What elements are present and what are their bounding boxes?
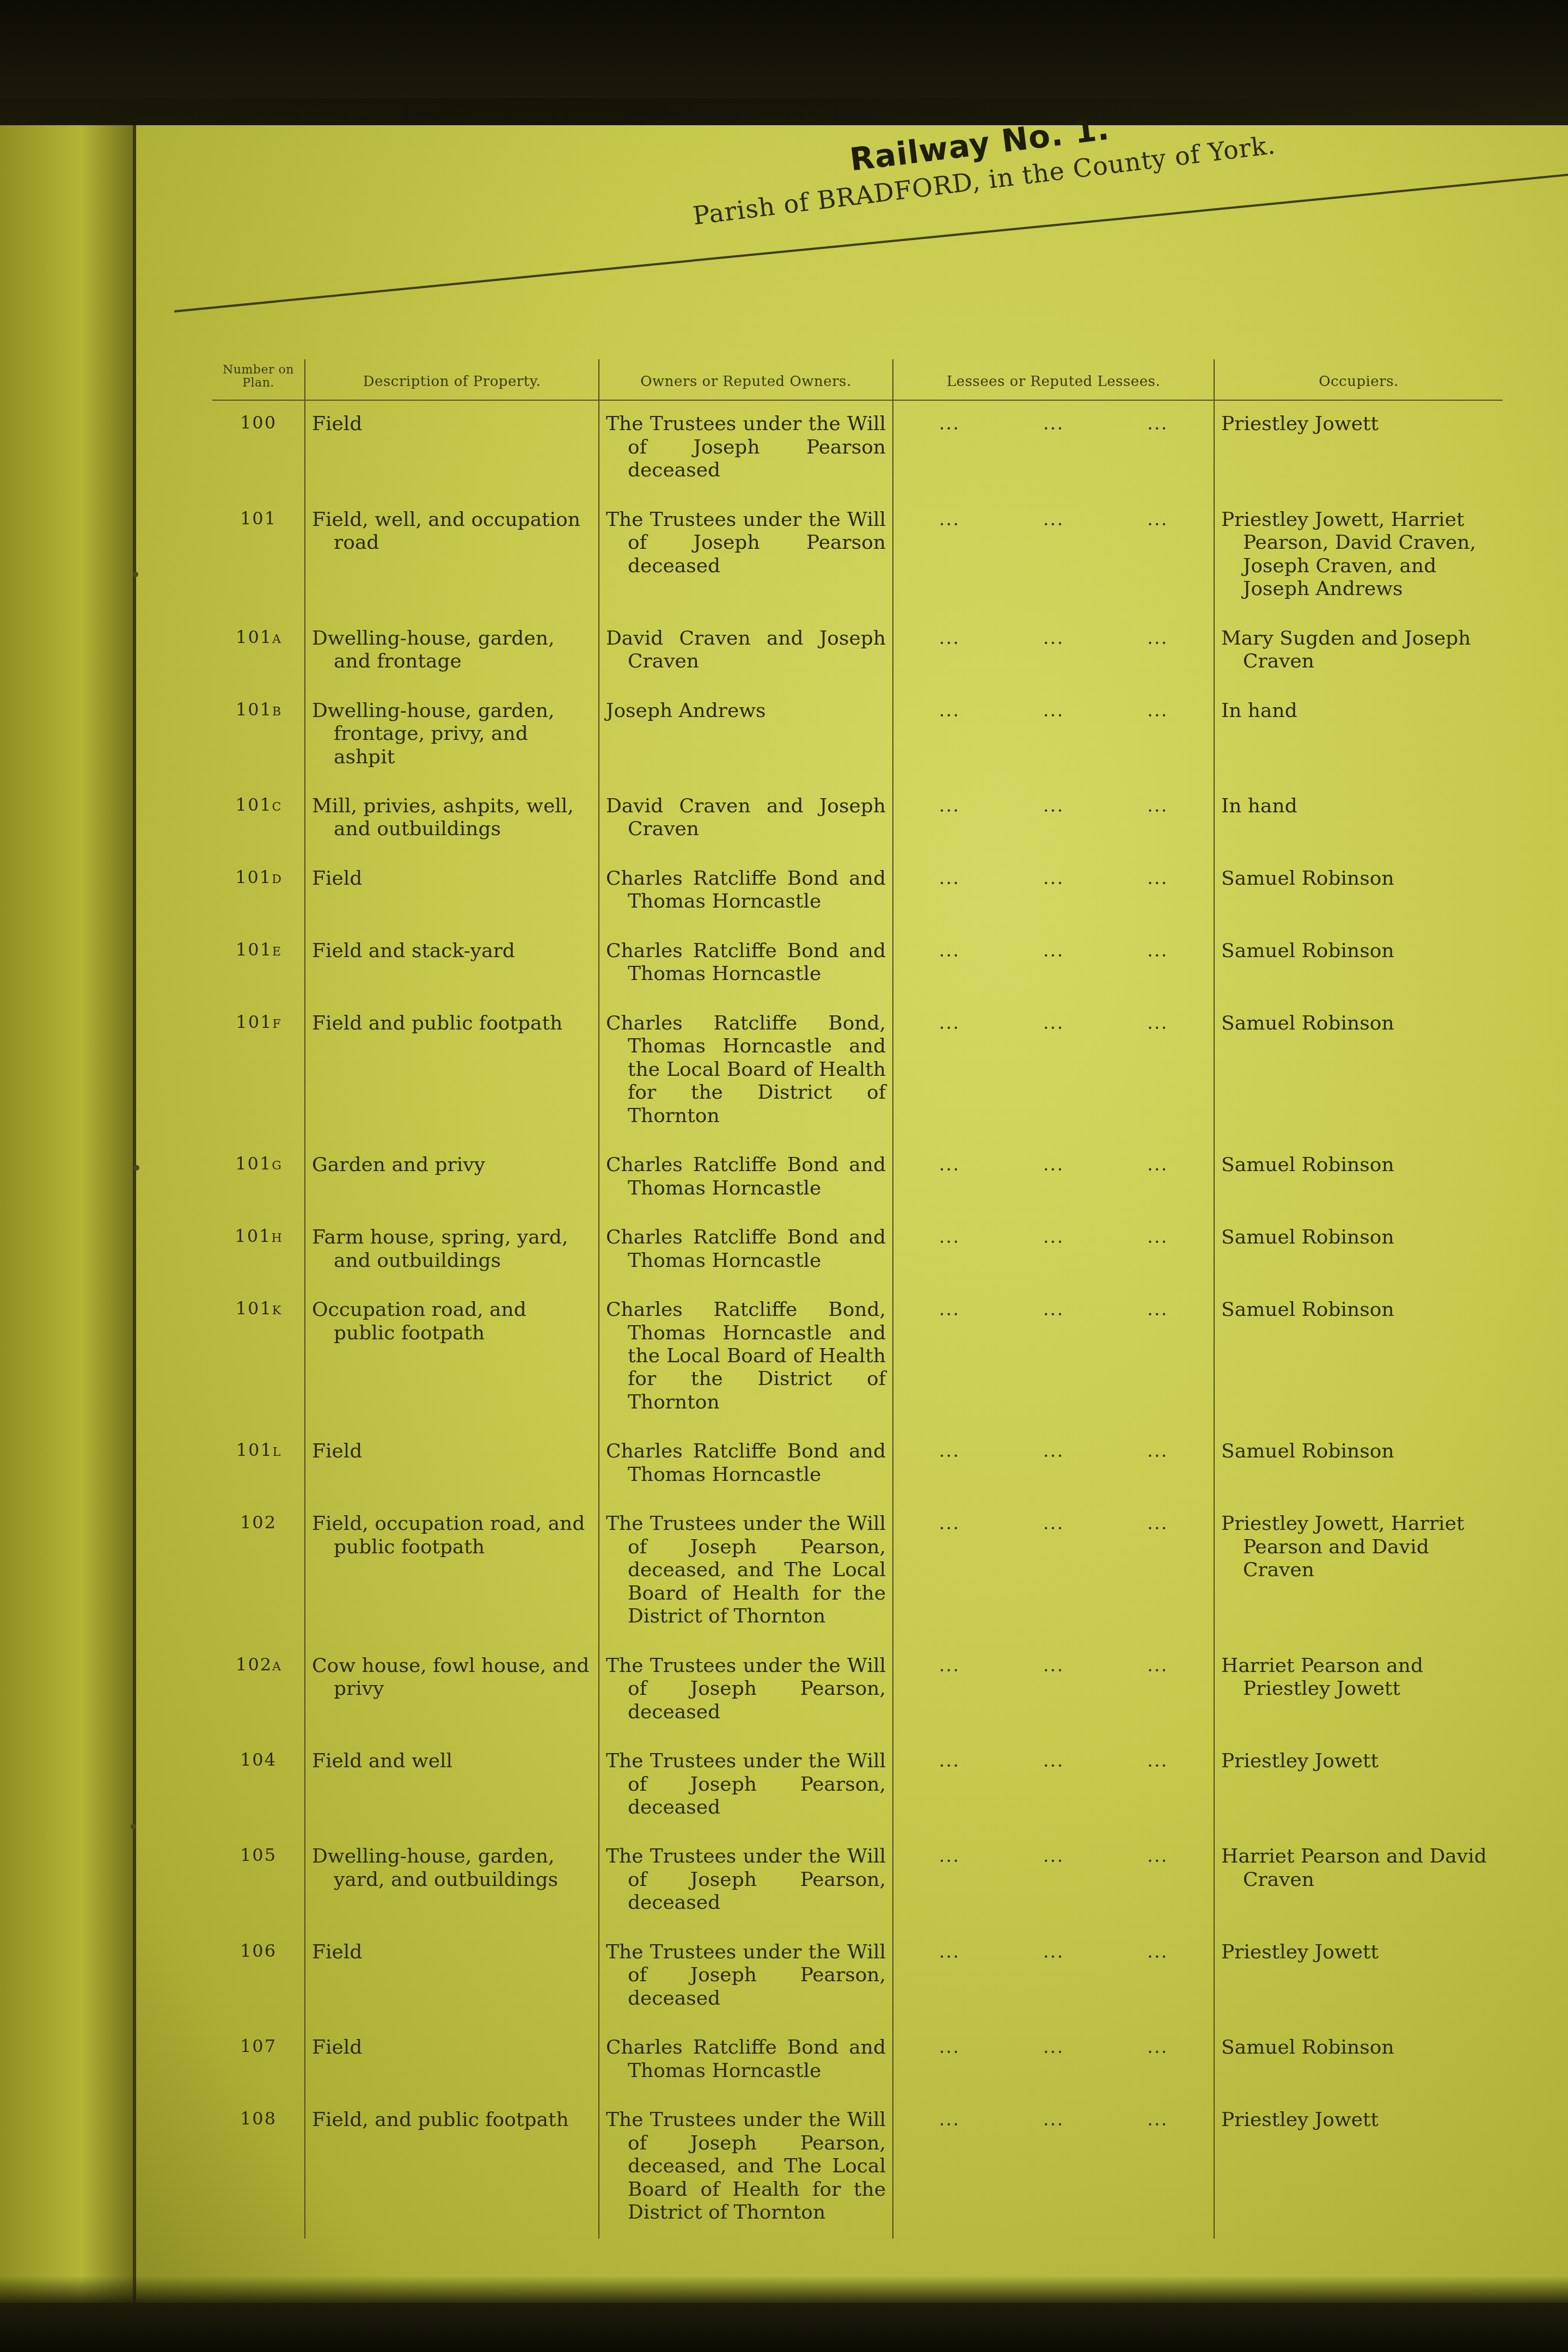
owners-cell: Charles Ratcliffe Bond and Thomas Hornca… [599, 928, 893, 1000]
book-binding-bottom [0, 2276, 1568, 2352]
occupiers-cell: Harriet Pearson and David Craven [1214, 1833, 1503, 1928]
lessees-cell: ... ... ... [893, 1142, 1214, 1214]
lessees-cell: ... ... ... [893, 2097, 1214, 2238]
plan-number-cell: 105 [212, 1833, 305, 1928]
plan-number: 101 [240, 508, 277, 529]
header-lessees: Lessees or Reputed Lessees. [893, 359, 1214, 400]
plan-number: 101 [235, 1153, 272, 1174]
occupiers-cell: Samuel Robinson [1214, 855, 1503, 928]
plan-number: 101 [235, 1226, 271, 1246]
occupiers-cell: Samuel Robinson [1214, 1000, 1503, 1142]
owners-cell: The Trustees under the Will of Joseph Pe… [599, 1500, 893, 1642]
owners-cell: Charles Ratcliffe Bond and Thomas Hornca… [599, 1142, 893, 1214]
plan-number-cell: 108 [212, 2097, 305, 2238]
owners-cell: The Trustees under the Will of Joseph Pe… [599, 1643, 893, 1738]
lessees-cell: ... ... ... [893, 928, 1214, 1000]
table-body: 100FieldThe Trustees under the Will of J… [212, 400, 1503, 2238]
table-row: 101LFieldCharles Ratcliffe Bond and Thom… [212, 1428, 1503, 1500]
plan-number-suffix: B [272, 705, 281, 719]
plan-number: 108 [240, 2108, 277, 2129]
plan-number-suffix: C [272, 800, 281, 814]
occupiers-cell: Priestley Jowett [1214, 1738, 1503, 1833]
description-cell: Field, and public footpath [305, 2097, 599, 2238]
plan-number-suffix: H [271, 1232, 281, 1245]
description-cell: Garden and privy [305, 1142, 599, 1214]
occupiers-cell: Mary Sugden and Joseph Craven [1214, 615, 1503, 688]
occupiers-cell: Samuel Robinson [1214, 928, 1503, 1000]
table-row: 106FieldThe Trustees under the Will of J… [212, 1929, 1503, 2024]
table-row: 101ADwelling-house, garden, and frontage… [212, 615, 1503, 688]
table-header-row: Number on Plan. Description of Property.… [212, 359, 1503, 400]
description-cell: Field [305, 1929, 599, 2024]
owners-cell: The Trustees under the Will of Joseph Pe… [599, 1929, 893, 2024]
lessees-cell: ... ... ... [893, 1287, 1214, 1428]
margin-mark [131, 1824, 136, 1829]
description-cell: Dwelling-house, garden, and frontage [305, 615, 599, 688]
table-row: 101HFarm house, spring, yard, and outbui… [212, 1214, 1503, 1287]
plan-number-cell: 102A [212, 1643, 305, 1738]
header-description: Description of Property. [305, 359, 599, 400]
description-cell: Field [305, 400, 599, 496]
description-cell: Cow house, fowl house, and privy [305, 1643, 599, 1738]
owners-cell: Charles Ratcliffe Bond, Thomas Horncastl… [599, 1000, 893, 1142]
plan-number: 101 [236, 939, 272, 960]
table-row: 107FieldCharles Ratcliffe Bond and Thoma… [212, 2024, 1503, 2097]
lessees-cell: ... ... ... [893, 1929, 1214, 2024]
owners-cell: Charles Ratcliffe Bond and Thomas Hornca… [599, 1428, 893, 1500]
plan-number-suffix: D [272, 873, 281, 886]
lessees-cell: ... ... ... [893, 688, 1214, 783]
occupiers-cell: In hand [1214, 783, 1503, 855]
plan-number-cell: 104 [212, 1738, 305, 1833]
owners-cell: Charles Ratcliffe Bond, Thomas Horncastl… [599, 1287, 893, 1428]
description-cell: Farm house, spring, yard, and outbuildin… [305, 1214, 599, 1287]
plan-number-cell: 101A [212, 615, 305, 688]
plan-number-cell: 101C [212, 783, 305, 855]
plan-number-cell: 101H [212, 1214, 305, 1287]
owners-cell: David Craven and Joseph Craven [599, 783, 893, 855]
plan-number-cell: 101 [212, 497, 305, 615]
plan-number-cell: 101B [212, 688, 305, 783]
table-row: 101DFieldCharles Ratcliffe Bond and Thom… [212, 855, 1503, 928]
lessees-cell: ... ... ... [893, 1500, 1214, 1642]
table-row: 105Dwelling-house, garden, yard, and out… [212, 1833, 1503, 1928]
plan-number: 101 [236, 794, 272, 815]
plan-number: 101 [236, 1440, 273, 1460]
header-number-on-plan: Number on Plan. [212, 359, 305, 400]
plan-number: 101 [236, 1298, 272, 1319]
plan-number: 107 [240, 2036, 277, 2056]
occupiers-cell: Priestley Jowett [1214, 1929, 1503, 2024]
lessees-cell: ... ... ... [893, 1833, 1214, 1928]
description-cell: Field and public footpath [305, 1000, 599, 1142]
description-cell: Field, well, and occupation road [305, 497, 599, 615]
plan-number-cell: 102 [212, 1500, 305, 1642]
plan-number: 101 [236, 627, 272, 647]
occupiers-cell: Samuel Robinson [1214, 2024, 1503, 2097]
occupiers-cell: In hand [1214, 688, 1503, 783]
lessees-cell: ... ... ... [893, 1214, 1214, 1287]
plan-number-cell: 101D [212, 855, 305, 928]
lessees-cell: ... ... ... [893, 497, 1214, 615]
plan-number-suffix: L [273, 1445, 281, 1459]
lessees-cell: ... ... ... [893, 1643, 1214, 1738]
plan-number-suffix: E [272, 945, 281, 959]
owners-cell: David Craven and Joseph Craven [599, 615, 893, 688]
description-cell: Field [305, 2024, 599, 2097]
plan-number-suffix: G [272, 1159, 281, 1173]
occupiers-cell: Priestley Jowett, Harriet Pearson, David… [1214, 497, 1503, 615]
description-cell: Mill, privies, ashpits, well, and outbui… [305, 783, 599, 855]
lessees-cell: ... ... ... [893, 855, 1214, 928]
description-cell: Dwelling-house, garden, frontage, privy,… [305, 688, 599, 783]
plan-number: 102 [240, 1512, 277, 1533]
plan-number-suffix: F [272, 1018, 280, 1031]
document-page: Railway No. 1. Parish of BRADFORD, in th… [136, 125, 1568, 2303]
plan-number: 101 [236, 699, 272, 720]
plan-number-cell: 101K [212, 1287, 305, 1428]
table-row: 100FieldThe Trustees under the Will of J… [212, 400, 1503, 496]
description-cell: Dwelling-house, garden, yard, and outbui… [305, 1833, 599, 1928]
margin-mark [133, 572, 138, 577]
plan-number: 102 [236, 1654, 272, 1675]
table-row: 101FField and public footpathCharles Rat… [212, 1000, 1503, 1142]
facing-page-edge [0, 125, 136, 2303]
plan-number-cell: 100 [212, 400, 305, 496]
lessees-cell: ... ... ... [893, 1428, 1214, 1500]
table-row: 108Field, and public footpathThe Trustee… [212, 2097, 1503, 2238]
description-cell: Field [305, 1428, 599, 1500]
table-row: 104Field and wellThe Trustees under the … [212, 1738, 1503, 1833]
occupiers-cell: Priestley Jowett, Harriet Pearson and Da… [1214, 1500, 1503, 1642]
plan-number: 101 [235, 867, 272, 887]
margin-mark [134, 1165, 139, 1171]
occupiers-cell: Samuel Robinson [1214, 1142, 1503, 1214]
lessees-cell: ... ... ... [893, 1738, 1214, 1833]
plan-number-cell: 101G [212, 1142, 305, 1214]
occupiers-cell: Samuel Robinson [1214, 1428, 1503, 1500]
description-cell: Field and well [305, 1738, 599, 1833]
header-owners: Owners or Reputed Owners. [599, 359, 893, 400]
table-row: 102ACow house, fowl house, and privyThe … [212, 1643, 1503, 1738]
description-cell: Field, occupation road, and public footp… [305, 1500, 599, 1642]
owners-cell: Charles Ratcliffe Bond and Thomas Hornca… [599, 2024, 893, 2097]
lessees-cell: ... ... ... [893, 400, 1214, 496]
plan-number-cell: 101L [212, 1428, 305, 1500]
owners-cell: The Trustees under the Will of Joseph Pe… [599, 497, 893, 615]
lessees-cell: ... ... ... [893, 783, 1214, 855]
plan-number: 106 [240, 1940, 277, 1961]
occupiers-cell: Samuel Robinson [1214, 1287, 1503, 1428]
table-row: 101Field, well, and occupation roadThe T… [212, 497, 1503, 615]
description-cell: Field [305, 855, 599, 928]
occupiers-cell: Samuel Robinson [1214, 1214, 1503, 1287]
owners-cell: Joseph Andrews [599, 688, 893, 783]
plan-number-suffix: K [272, 1304, 281, 1318]
plan-number-suffix: A [272, 1660, 281, 1674]
plan-number-suffix: A [272, 633, 281, 646]
schedule-document: Railway No. 1. Parish of BRADFORD, in th… [136, 125, 1568, 2303]
table-row: 101CMill, privies, ashpits, well, and ou… [212, 783, 1503, 855]
table-row: 102Field, occupation road, and public fo… [212, 1500, 1503, 1642]
plan-number-cell: 107 [212, 2024, 305, 2097]
owners-cell: The Trustees under the Will of Joseph Pe… [599, 2097, 893, 2238]
plan-number: 105 [240, 1845, 277, 1865]
owners-cell: Charles Ratcliffe Bond and Thomas Hornca… [599, 855, 893, 928]
table-row: 101BDwelling-house, garden, frontage, pr… [212, 688, 1503, 783]
book-of-reference-table: Number on Plan. Description of Property.… [212, 359, 1503, 2239]
occupiers-cell: Harriet Pearson and Priestley Jowett [1214, 1643, 1503, 1738]
occupiers-cell: Priestley Jowett [1214, 400, 1503, 496]
plan-number-cell: 106 [212, 1929, 305, 2024]
lessees-cell: ... ... ... [893, 2024, 1214, 2097]
table-row: 101EField and stack-yardCharles Ratcliff… [212, 928, 1503, 1000]
occupiers-cell: Priestley Jowett [1214, 2097, 1503, 2238]
lessees-cell: ... ... ... [893, 1000, 1214, 1142]
owners-cell: The Trustees under the Will of Joseph Pe… [599, 1833, 893, 1928]
plan-number: 100 [240, 412, 277, 433]
owners-cell: The Trustees under the Will of Joseph Pe… [599, 400, 893, 496]
plan-number: 104 [240, 1749, 277, 1770]
owners-cell: Charles Ratcliffe Bond and Thomas Hornca… [599, 1214, 893, 1287]
description-cell: Field and stack-yard [305, 928, 599, 1000]
header-occupiers: Occupiers. [1214, 359, 1503, 400]
plan-number: 101 [236, 1012, 272, 1032]
owners-cell: The Trustees under the Will of Joseph Pe… [599, 1738, 893, 1833]
plan-number-cell: 101E [212, 928, 305, 1000]
description-cell: Occupation road, and public footpath [305, 1287, 599, 1428]
plan-number-cell: 101F [212, 1000, 305, 1142]
table-row: 101GGarden and privyCharles Ratcliffe Bo… [212, 1142, 1503, 1214]
table-row: 101KOccupation road, and public footpath… [212, 1287, 1503, 1428]
lessees-cell: ... ... ... [893, 615, 1214, 688]
